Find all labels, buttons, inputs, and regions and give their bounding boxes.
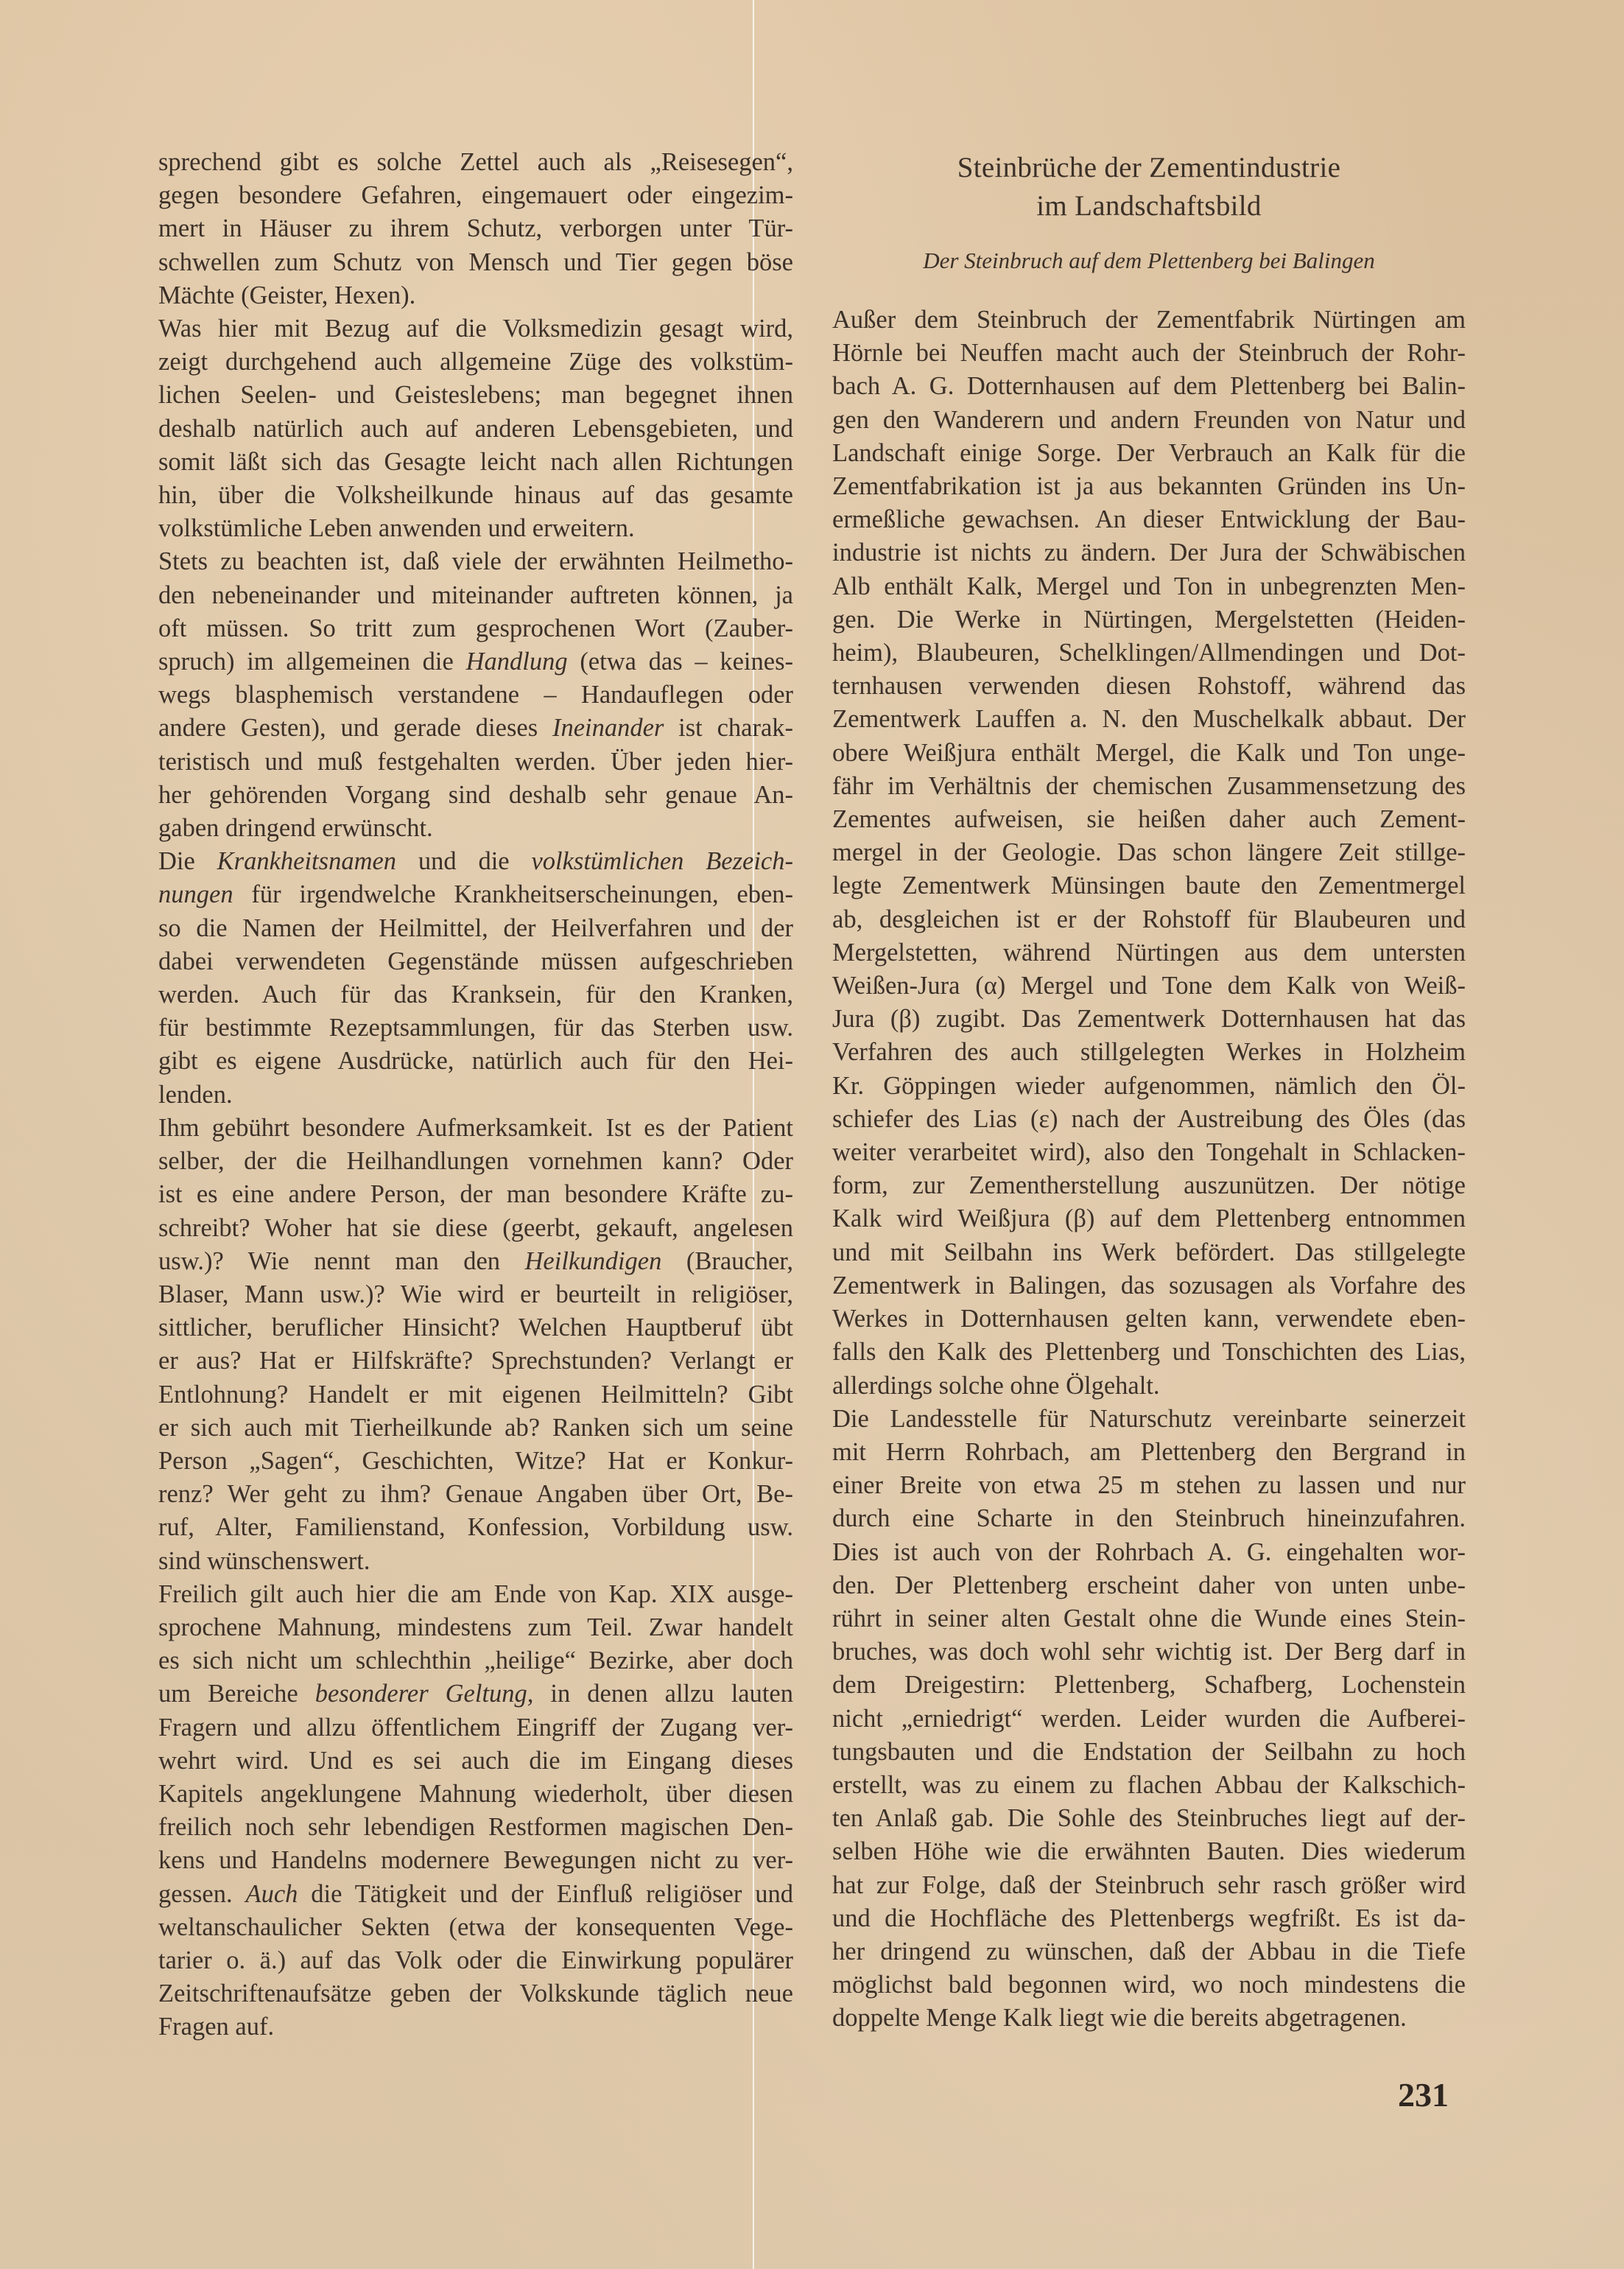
- text-line: Kr. Göppingen wieder aufgenommen, nämlic…: [832, 1070, 1466, 1103]
- text-line: werden. Auch für das Kranksein, für den …: [158, 978, 793, 1011]
- paragraph: Außer dem Steinbruch der Zementfabrik Nü…: [832, 304, 1466, 1403]
- text-line: teristisch und muß festgehalten werden. …: [158, 746, 793, 779]
- text-line: industrie ist nichts zu ändern. Der Jura…: [832, 536, 1466, 569]
- text-line: dabei verwendeten Gegenstände müssen auf…: [158, 945, 793, 978]
- italic-text: Ineinander: [552, 714, 664, 742]
- text-line: Weißen-Jura (α) Mergel und Tone dem Kalk…: [832, 969, 1466, 1003]
- text-line: Außer dem Steinbruch der Zementfabrik Nü…: [832, 304, 1466, 337]
- text-line: rührt in seiner alten Gestalt ohne die W…: [832, 1602, 1466, 1635]
- text-line: so die Namen der Heilmittel, der Heilver…: [158, 912, 793, 945]
- text-line: Kapitels angeklungene Mahnung wiederholt…: [158, 1778, 793, 1811]
- article-title-line-1: Steinbrüche der Zementindustrie: [832, 149, 1466, 187]
- text-line: Fragen auf.: [158, 2010, 793, 2044]
- text-line: gessen. Auch die Tätigkeit und der Einfl…: [158, 1878, 793, 1911]
- text-line: ruf, Alter, Familienstand, Konfession, V…: [158, 1511, 793, 1544]
- text-line: lenden.: [158, 1079, 793, 1112]
- text-line: den nebeneinander und miteinander auftre…: [158, 579, 793, 612]
- text-line: doppelte Menge Kalk liegt wie die bereit…: [832, 2002, 1466, 2035]
- text-line: ab, desgleichen ist er der Rohstoff für …: [832, 903, 1466, 936]
- text-line: sind wünschenswert.: [158, 1545, 793, 1578]
- text-line: ten Anlaß gab. Die Sohle des Steinbruche…: [832, 1802, 1466, 1835]
- text-line: sittlicher, beruflicher Hinsicht? Welche…: [158, 1311, 793, 1344]
- text-segment: spruch) im allgemeinen die: [158, 648, 466, 676]
- text-line: oft müssen. So tritt zum gesprochenen Wo…: [158, 612, 793, 645]
- text-line: Zementfabrikation ist ja aus bekannten G…: [832, 470, 1466, 503]
- text-line: legte Zementwerk Münsingen baute den Zem…: [832, 869, 1466, 902]
- text-line: Werkes in Dotternhausen gelten kann, ver…: [832, 1302, 1466, 1336]
- italic-text: nungen: [158, 880, 233, 908]
- text-line: möglichst bald begonnen wird, wo noch mi…: [832, 1968, 1466, 2002]
- text-line: Mergelstetten, während Nürtingen aus dem…: [832, 936, 1466, 969]
- text-line: Stets zu beachten ist, daß viele der erw…: [158, 545, 793, 578]
- text-line: hat zur Folge, daß der Steinbruch sehr r…: [832, 1869, 1466, 1902]
- text-line: somit läßt sich das Gesagte leicht nach …: [158, 446, 793, 479]
- text-line: schwellen zum Schutz von Mensch und Tier…: [158, 246, 793, 279]
- text-line: renz? Wer geht zu ihm? Genaue Angaben üb…: [158, 1478, 793, 1511]
- italic-text: volkstümlichen Bezeich-: [531, 847, 793, 875]
- text-line: Zementwerk Lauffen a. N. den Muschelkalk…: [832, 703, 1466, 736]
- text-line: Kalk wird Weißjura (β) auf dem Plettenbe…: [832, 1202, 1466, 1235]
- text-segment: andere Gesten), und gerade dieses: [158, 714, 552, 742]
- text-line: und die Hochfläche des Plettenbergs wegf…: [832, 1902, 1466, 1935]
- text-line: Landschaft einige Sorge. Der Verbrauch a…: [832, 437, 1466, 470]
- text-line: Verfahren des auch stillgelegten Werkes …: [832, 1036, 1466, 1069]
- text-line: ternhausen verwenden diesen Rohstoff, wä…: [832, 670, 1466, 703]
- text-line: Blaser, Mann usw.)? Wie wird er beurteil…: [158, 1278, 793, 1311]
- italic-text: Handlung: [466, 648, 568, 676]
- text-line: Hörnle bei Neuffen macht auch der Steinb…: [832, 337, 1466, 370]
- text-segment: um Bereiche: [158, 1680, 315, 1708]
- text-line: Entlohnung? Handelt er mit eigenen Heilm…: [158, 1378, 793, 1411]
- italic-text: Krankheitsnamen: [217, 847, 396, 875]
- text-line: falls den Kalk des Plettenberg und Tonsc…: [832, 1336, 1466, 1369]
- text-line: tungsbauten und die Endstation der Seilb…: [832, 1736, 1466, 1769]
- text-line: obere Weißjura enthält Mergel, die Kalk …: [832, 737, 1466, 770]
- paragraph: Stets zu beachten ist, daß viele der erw…: [158, 545, 793, 845]
- italic-text: besonderer Geltung,: [315, 1680, 534, 1708]
- text-line: Person „Sagen“, Geschichten, Witze? Hat …: [158, 1445, 793, 1478]
- text-line: und mit Seilbahn ins Werk befördert. Das…: [832, 1236, 1466, 1269]
- text-line: gen. Die Werke in Nürtingen, Mergelstett…: [832, 603, 1466, 636]
- text-line: allerdings solche ohne Ölgehalt.: [832, 1370, 1466, 1403]
- text-line: mergel in der Geologie. Das schon länger…: [832, 836, 1466, 869]
- text-line: Mächte (Geister, Hexen).: [158, 279, 793, 312]
- right-text-column: Steinbrüche der Zementindustrie im Lands…: [832, 149, 1466, 2035]
- italic-text: Auch: [246, 1880, 298, 1908]
- text-line: hin, über die Volksheilkunde hinaus auf …: [158, 479, 793, 512]
- article-title-line-2: im Landschaftsbild: [832, 187, 1466, 225]
- text-line: kens und Handelns modernere Bewegungen n…: [158, 1844, 793, 1877]
- text-line: durch eine Scharte in den Steinbruch hin…: [832, 1502, 1466, 1535]
- text-segment: Die: [158, 847, 217, 875]
- text-line: es sich nicht um schlechthin „heilige“ B…: [158, 1644, 793, 1677]
- paragraph: Ihm gebührt besondere Aufmerksamkeit. Is…: [158, 1112, 793, 1578]
- text-line: gen den Wanderern und andern Freunden vo…: [832, 404, 1466, 437]
- text-line: bruches, was doch wohl sehr wichtig ist.…: [832, 1635, 1466, 1669]
- text-line: lichen Seelen- und Geisteslebens; man be…: [158, 379, 793, 412]
- text-line: er aus? Hat er Hilfskräfte? Sprechstunde…: [158, 1344, 793, 1378]
- text-line: Die Landesstelle für Naturschutz vereinb…: [832, 1403, 1466, 1436]
- text-line: Alb enthält Kalk, Mergel und Ton in unbe…: [832, 570, 1466, 603]
- text-line: andere Gesten), und gerade dieses Ineina…: [158, 712, 793, 745]
- text-line: Zeitschriftenaufsätze geben der Volkskun…: [158, 1977, 793, 2010]
- article-subtitle: Der Steinbruch auf dem Plettenberg bei B…: [832, 246, 1466, 276]
- text-line: sprechend gibt es solche Zettel auch als…: [158, 146, 793, 179]
- paragraph: Was hier mit Bezug auf die Volksmedizin …: [158, 312, 793, 545]
- text-segment: (Braucher,: [661, 1247, 793, 1275]
- paragraph: Die Krankheitsnamen und die volkstümlich…: [158, 845, 793, 1112]
- text-line: fähr im Verhältnis der chemischen Zusamm…: [832, 770, 1466, 803]
- text-line: schiefer des Lias (ε) nach der Austreibu…: [832, 1103, 1466, 1136]
- text-line: dem Dreigestirn: Plettenberg, Schafberg,…: [832, 1669, 1466, 1702]
- text-line: Jura (β) zugibt. Das Zementwerk Dotternh…: [832, 1003, 1466, 1036]
- text-line: wehrt wird. Und es sei auch die im Einga…: [158, 1744, 793, 1778]
- text-line: tarier o. ä.) auf das Volk oder die Einw…: [158, 1944, 793, 1977]
- text-line: mit Herrn Rohrbach, am Plettenberg den B…: [832, 1436, 1466, 1469]
- text-segment: (etwa das – keines-: [568, 648, 793, 676]
- text-line: her dringend zu wünschen, daß der Abbau …: [832, 1935, 1466, 1968]
- text-line: gegen besondere Gefahren, eingemauert od…: [158, 179, 793, 212]
- text-line: Dies ist auch von der Rohrbach A. G. ein…: [832, 1536, 1466, 1569]
- text-line: sprochene Mahnung, mindestens zum Teil. …: [158, 1611, 793, 1644]
- text-segment: ist charak-: [664, 714, 793, 742]
- paragraph: sprechend gibt es solche Zettel auch als…: [158, 146, 793, 312]
- text-line: weiter verarbeitet wird), also den Tonge…: [832, 1136, 1466, 1169]
- text-line: selben Höhe wie die erwähnten Bauten. Di…: [832, 1835, 1466, 1868]
- text-line: spruch) im allgemeinen die Handlung (etw…: [158, 645, 793, 678]
- italic-text: Heilkundigen: [525, 1247, 662, 1275]
- text-line: selber, der die Heilhandlungen vornehmen…: [158, 1145, 793, 1178]
- text-line: um Bereiche besonderer Geltung, in denen…: [158, 1677, 793, 1711]
- text-segment: die Tätigkeit und der Einfluß religiöser…: [298, 1880, 793, 1908]
- text-line: er sich auch mit Tierheilkunde ab? Ranke…: [158, 1411, 793, 1445]
- text-line: nicht „erniedrigt“ werden. Leider wurden…: [832, 1702, 1466, 1736]
- text-line: Fragern und allzu öffentlichem Eingriff …: [158, 1711, 793, 1744]
- text-line: Freilich gilt auch hier die am Ende von …: [158, 1578, 793, 1611]
- text-segment: und die: [396, 847, 531, 875]
- text-segment: gessen.: [158, 1880, 246, 1908]
- text-line: Zementes aufweisen, sie heißen daher auc…: [832, 803, 1466, 836]
- text-line: für bestimmte Rezeptsammlungen, für das …: [158, 1011, 793, 1045]
- text-line: nungen für irgendwelche Krankheitsersche…: [158, 878, 793, 911]
- text-line: den. Der Plettenberg erscheint daher von…: [832, 1569, 1466, 1602]
- text-line: usw.)? Wie nennt man den Heilkundigen (B…: [158, 1245, 793, 1278]
- text-line: gaben dringend erwünscht.: [158, 812, 793, 845]
- text-line: einer Breite von etwa 25 m stehen zu las…: [832, 1469, 1466, 1502]
- text-line: her gehörenden Vorgang sind deshalb sehr…: [158, 779, 793, 812]
- text-line: Ihm gebührt besondere Aufmerksamkeit. Is…: [158, 1112, 793, 1145]
- text-line: ist es eine andere Person, der man beson…: [158, 1178, 793, 1211]
- paragraph: Freilich gilt auch hier die am Ende von …: [158, 1578, 793, 2044]
- text-line: freilich noch sehr lebendigen Restformen…: [158, 1811, 793, 1844]
- text-line: volkstümliche Leben anwenden und erweite…: [158, 512, 793, 545]
- paragraph: Die Landesstelle für Naturschutz vereinb…: [832, 1403, 1466, 2035]
- article-body: Außer dem Steinbruch der Zementfabrik Nü…: [832, 304, 1466, 2035]
- text-line: schreibt? Woher hat sie diese (geerbt, g…: [158, 1212, 793, 1245]
- text-segment: in denen allzu lauten: [533, 1680, 793, 1708]
- text-line: bach A. G. Dotternhausen auf dem Pletten…: [832, 370, 1466, 403]
- left-text-column: sprechend gibt es solche Zettel auch als…: [158, 146, 793, 2044]
- text-segment: usw.)? Wie nennt man den: [158, 1247, 525, 1275]
- text-line: Die Krankheitsnamen und die volkstümlich…: [158, 845, 793, 878]
- text-line: weltanschaulicher Sekten (etwa der konse…: [158, 1911, 793, 1944]
- page-number: 231: [1398, 2075, 1449, 2114]
- text-line: heim), Blaubeuren, Schelklingen/Allmendi…: [832, 636, 1466, 670]
- text-line: wegs blasphemisch verstandene – Handaufl…: [158, 678, 793, 712]
- text-line: Zementwerk in Balingen, das sozusagen al…: [832, 1269, 1466, 1302]
- text-line: gibt es eigene Ausdrücke, natürlich auch…: [158, 1045, 793, 1078]
- text-line: mert in Häuser zu ihrem Schutz, verborge…: [158, 212, 793, 245]
- text-line: form, zur Zementherstellung auszunützen.…: [832, 1169, 1466, 1202]
- text-line: zeigt durchgehend auch allgemeine Züge d…: [158, 346, 793, 379]
- text-line: Was hier mit Bezug auf die Volksmedizin …: [158, 312, 793, 346]
- text-segment: für irgendwelche Krankheitserscheinungen…: [233, 880, 793, 908]
- text-line: erstellt, was zu einem zu flachen Abbau …: [832, 1769, 1466, 1802]
- article-title: Steinbrüche der Zementindustrie im Lands…: [832, 149, 1466, 225]
- text-line: ermeßliche gewachsen. An dieser Entwickl…: [832, 503, 1466, 536]
- text-line: deshalb natürlich auch auf anderen Leben…: [158, 413, 793, 446]
